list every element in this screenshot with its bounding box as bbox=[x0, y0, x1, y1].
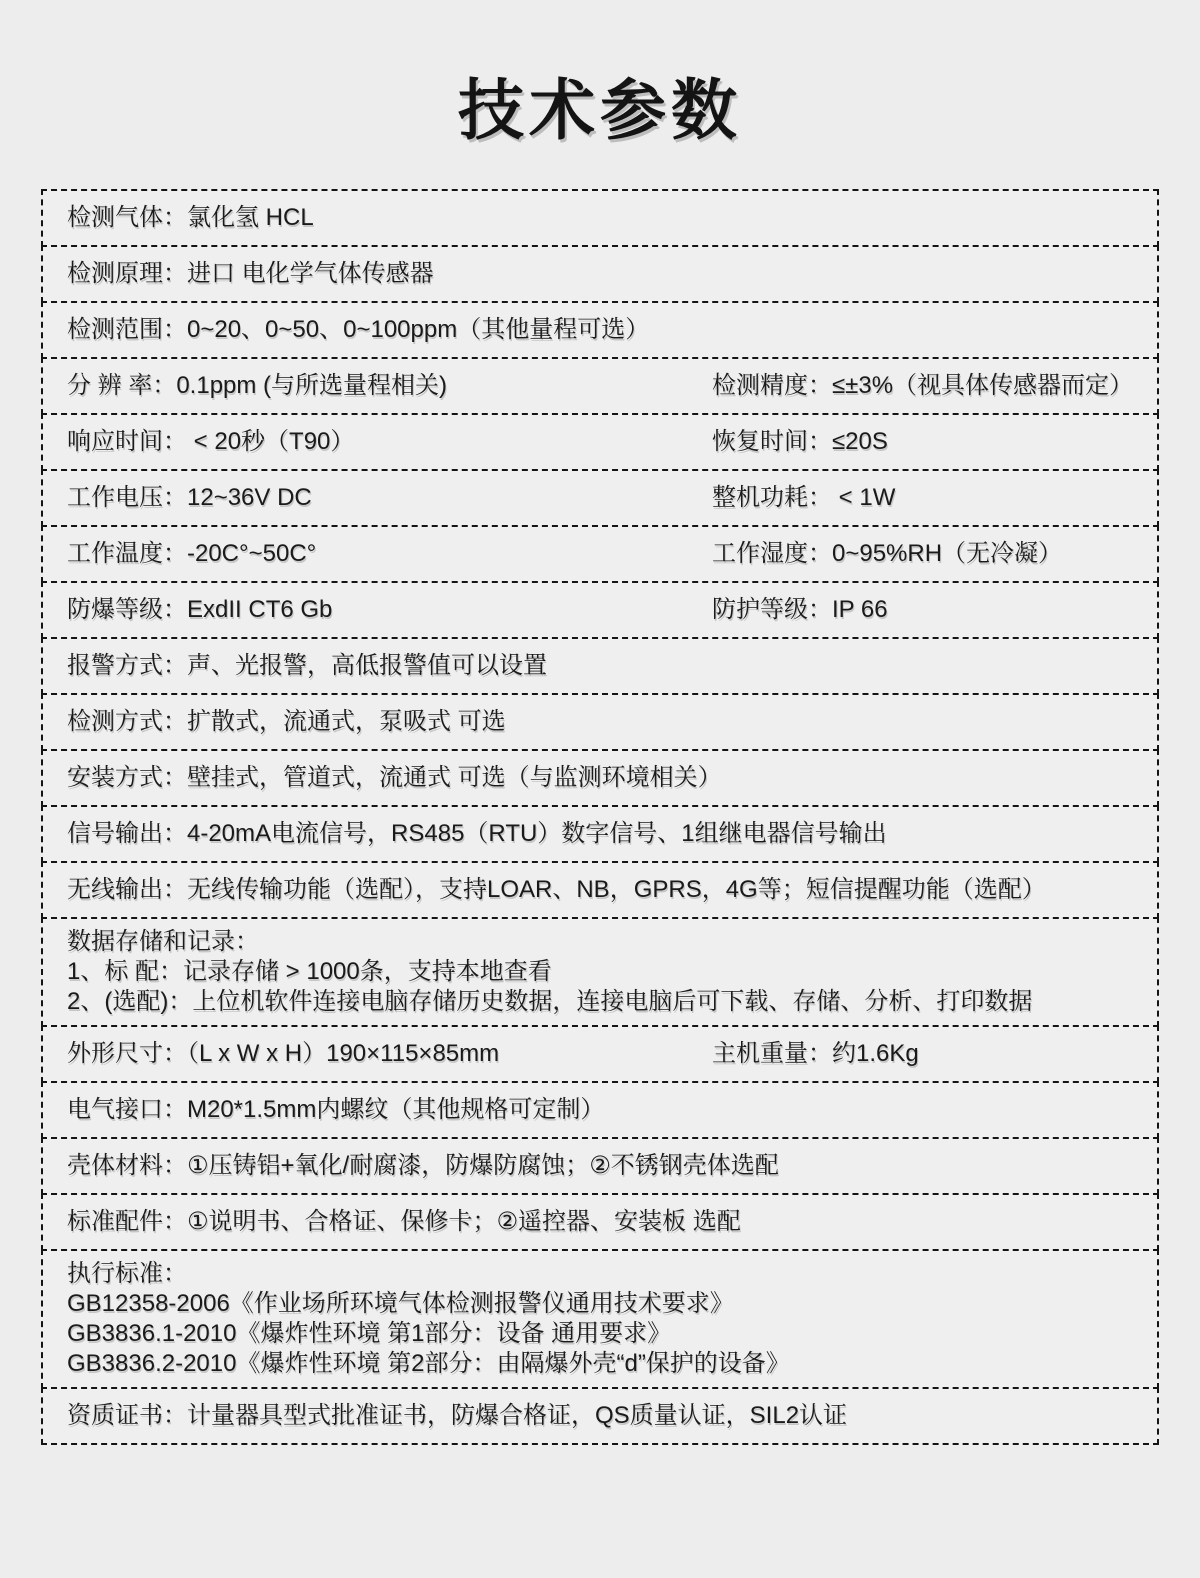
row-signal-output: 信号输出：4-20mA电流信号，RS485（RTU）数字信号、1组继电器信号输出 bbox=[41, 805, 1159, 863]
detection-principle-text: 检测原理：进口 电化学气体传感器 bbox=[67, 260, 434, 287]
dimensions-text: 外形尺寸：（L x W x H）190×115×85mm bbox=[67, 1039, 712, 1069]
row-qualification-certificates: 资质证书：计量器具型式批准证书，防爆合格证，QS质量认证，SIL2认证 bbox=[41, 1387, 1159, 1445]
row-detection-mode: 检测方式：扩散式，流通式，泵吸式 可选 bbox=[41, 693, 1159, 751]
row-wireless-output: 无线输出：无线传输功能（选配），支持LOAR、NB，GPRS，4G等；短信提醒功… bbox=[41, 861, 1159, 919]
working-temperature-text: 工作温度：-20C°~50C° bbox=[67, 539, 712, 569]
detection-mode-text: 检测方式：扩散式，流通式，泵吸式 可选 bbox=[67, 708, 506, 735]
alarm-mode-text: 报警方式：声、光报警，高低报警值可以设置 bbox=[67, 652, 547, 679]
standard-accessories-text: 标准配件：①说明书、合格证、保修卡；②遥控器、安装板 选配 bbox=[67, 1208, 741, 1235]
executive-standards-title: 执行标准： bbox=[67, 1259, 1133, 1289]
row-response-recovery: 响应时间： < 20秒（T90） 恢复时间：≤20S bbox=[41, 413, 1159, 471]
power-consumption-text: 整机功耗： < 1W bbox=[712, 483, 1133, 513]
row-housing-material: 壳体材料：①压铸铝+氧化/耐腐漆，防爆防腐蚀；②不锈钢壳体选配 bbox=[41, 1137, 1159, 1195]
row-detection-principle: 检测原理：进口 电化学气体传感器 bbox=[41, 245, 1159, 303]
data-storage-standard: 1、标 配：记录存储 > 1000条，支持本地查看 bbox=[67, 957, 1133, 987]
accuracy-text: 检测精度：≤±3%（视具体传感器而定） bbox=[712, 371, 1133, 401]
installation-mode-text: 安装方式：壁挂式，管道式，流通式 可选（与监测环境相关） bbox=[67, 764, 722, 791]
protection-grade-text: 防护等级：IP 66 bbox=[712, 595, 1133, 625]
working-humidity-text: 工作湿度：0~95%RH（无冷凝） bbox=[712, 539, 1133, 569]
qualification-certificates-text: 资质证书：计量器具型式批准证书，防爆合格证，QS质量认证，SIL2认证 bbox=[67, 1402, 847, 1429]
data-storage-optional: 2、(选配)：上位机软件连接电脑存储历史数据，连接电脑后可下载、存储、分析、打印… bbox=[67, 987, 1133, 1017]
row-data-storage: 数据存储和记录： 1、标 配：记录存储 > 1000条，支持本地查看 2、(选配… bbox=[41, 917, 1159, 1027]
row-voltage-power: 工作电压：12~36V DC 整机功耗： < 1W bbox=[41, 469, 1159, 527]
page-title: 技术参数 bbox=[0, 0, 1200, 145]
signal-output-text: 信号输出：4-20mA电流信号，RS485（RTU）数字信号、1组继电器信号输出 bbox=[67, 820, 887, 847]
detection-range-text: 检测范围：0~20、0~50、0~100ppm（其他量程可选） bbox=[67, 316, 649, 343]
housing-material-text: 壳体材料：①压铸铝+氧化/耐腐漆，防爆防腐蚀；②不锈钢壳体选配 bbox=[67, 1152, 779, 1179]
response-time-text: 响应时间： < 20秒（T90） bbox=[67, 427, 712, 457]
weight-text: 主机重量：约1.6Kg bbox=[712, 1039, 1133, 1069]
row-electrical-interface: 电气接口：M20*1.5mm内螺纹（其他规格可定制） bbox=[41, 1081, 1159, 1139]
row-detection-gas: 检测气体：氯化氢 HCL bbox=[41, 189, 1159, 247]
executive-standard-gb12358: GB12358-2006《作业场所环境气体检测报警仪通用技术要求》 bbox=[67, 1289, 1133, 1319]
resolution-text: 分 辨 率：0.1ppm (与所选量程相关) bbox=[67, 371, 712, 401]
row-explosion-protection: 防爆等级：ExdII CT6 Gb 防护等级：IP 66 bbox=[41, 581, 1159, 639]
row-temperature-humidity: 工作温度：-20C°~50C° 工作湿度：0~95%RH（无冷凝） bbox=[41, 525, 1159, 583]
row-resolution-accuracy: 分 辨 率：0.1ppm (与所选量程相关) 检测精度：≤±3%（视具体传感器而… bbox=[41, 357, 1159, 415]
data-storage-title: 数据存储和记录： bbox=[67, 927, 1133, 957]
executive-standard-gb3836-2: GB3836.2-2010《爆炸性环境 第2部分：由隔爆外壳“d”保护的设备》 bbox=[67, 1349, 1133, 1379]
wireless-output-text: 无线输出：无线传输功能（选配），支持LOAR、NB，GPRS，4G等；短信提醒功… bbox=[67, 876, 1046, 903]
row-detection-range: 检测范围：0~20、0~50、0~100ppm（其他量程可选） bbox=[41, 301, 1159, 359]
explosion-proof-grade-text: 防爆等级：ExdII CT6 Gb bbox=[67, 595, 712, 625]
row-dimensions-weight: 外形尺寸：（L x W x H）190×115×85mm 主机重量：约1.6Kg bbox=[41, 1025, 1159, 1083]
electrical-interface-text: 电气接口：M20*1.5mm内螺纹（其他规格可定制） bbox=[67, 1096, 604, 1123]
row-alarm-mode: 报警方式：声、光报警，高低报警值可以设置 bbox=[41, 637, 1159, 695]
row-standard-accessories: 标准配件：①说明书、合格证、保修卡；②遥控器、安装板 选配 bbox=[41, 1193, 1159, 1251]
row-executive-standards: 执行标准： GB12358-2006《作业场所环境气体检测报警仪通用技术要求》 … bbox=[41, 1249, 1159, 1389]
recovery-time-text: 恢复时间：≤20S bbox=[712, 427, 1133, 457]
executive-standard-gb3836-1: GB3836.1-2010《爆炸性环境 第1部分：设备 通用要求》 bbox=[67, 1319, 1133, 1349]
row-installation-mode: 安装方式：壁挂式，管道式，流通式 可选（与监测环境相关） bbox=[41, 749, 1159, 807]
detection-gas-text: 检测气体：氯化氢 HCL bbox=[67, 204, 314, 231]
spec-table: 检测气体：氯化氢 HCL 检测原理：进口 电化学气体传感器 检测范围：0~20、… bbox=[41, 189, 1159, 1445]
working-voltage-text: 工作电压：12~36V DC bbox=[67, 483, 712, 513]
